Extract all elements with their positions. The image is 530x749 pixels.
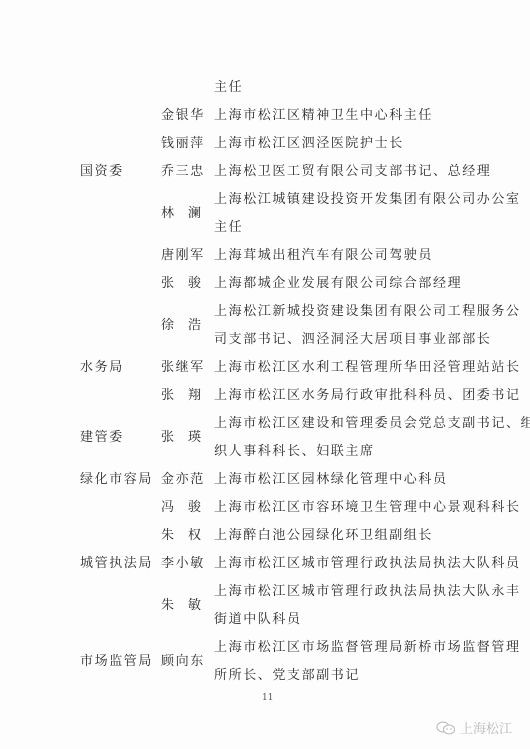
- position-description: 织人事科科长、妇联主席: [214, 444, 375, 459]
- personnel-entry: 徐浩上海松江新城投资建设集团有限公司工程服务公司支部书记、泗泾洞泾大居项目事业部…: [0, 304, 530, 360]
- position-description: 上海松卫医工贸有限公司支部书记、总经理: [214, 164, 491, 179]
- position-description: 上海松江城镇建设投资开发集团有限公司办公室: [214, 192, 521, 207]
- personnel-entry: 张翔上海市松江区水务局行政审批科科员、团委书记: [0, 388, 530, 416]
- position-description: 上海市松江区建设和管理委员会党总支副书记、组: [214, 416, 530, 431]
- person-name: 朱权: [161, 528, 205, 543]
- person-name: 林澜: [161, 206, 205, 221]
- position-description: 主任: [214, 80, 243, 95]
- position-description: 上海市松江区水利工程管理所华田泾管理站站长: [214, 360, 521, 375]
- person-name: 乔三忠: [161, 164, 205, 179]
- personnel-entry: 主任: [0, 80, 530, 108]
- department-label: 市场监管局: [80, 654, 153, 669]
- person-name: 徐浩: [161, 318, 205, 333]
- personnel-entry: 金银华上海市松江区精神卫生中心科主任: [0, 108, 530, 136]
- document-page: 主任金银华上海市松江区精神卫生中心科主任钱丽萍上海市松江区泗泾医院护士长国资委乔…: [0, 0, 530, 749]
- personnel-entry: 绿化市容局金亦范上海市松江区园林绿化管理中心科员: [0, 472, 530, 500]
- page-number: 11: [262, 693, 273, 703]
- personnel-entry: 钱丽萍上海市松江区泗泾医院护士长: [0, 136, 530, 164]
- position-description: 上海市松江区园林绿化管理中心科员: [214, 472, 448, 487]
- position-description: 上海市松江区市场监督管理局新桥市场监督管理: [214, 640, 521, 655]
- personnel-entry: 市场监管局顾向东上海市松江区市场监督管理局新桥市场监督管理所所长、党支部副书记: [0, 640, 530, 696]
- position-description: 上海醉白池公园绿化环卫组副组长: [214, 528, 433, 543]
- person-name: 李小敏: [161, 556, 205, 571]
- personnel-entry: 水务局张继军上海市松江区水利工程管理所华田泾管理站站长: [0, 360, 530, 388]
- personnel-entry: 城管执法局李小敏上海市松江区城市管理行政执法局执法大队科员: [0, 556, 530, 584]
- person-name: 张翔: [161, 388, 205, 403]
- position-description: 上海茸城出租汽车有限公司驾驶员: [214, 248, 433, 263]
- person-name: 冯骏: [161, 500, 205, 515]
- person-name: 唐刚军: [161, 248, 205, 263]
- person-name: 顾向东: [161, 654, 205, 669]
- personnel-entry: 建管委张瑛上海市松江区建设和管理委员会党总支副书记、组织人事科科长、妇联主席: [0, 416, 530, 472]
- position-description: 上海市松江区泗泾医院护士长: [214, 136, 404, 151]
- watermark: 上海松江: [436, 718, 512, 737]
- department-label: 建管委: [80, 430, 124, 445]
- personnel-entry: 朱权上海醉白池公园绿化环卫组副组长: [0, 528, 530, 556]
- person-name: 张骏: [161, 276, 205, 291]
- department-label: 水务局: [80, 360, 124, 375]
- personnel-entry: 唐刚军上海茸城出租汽车有限公司驾驶员: [0, 248, 530, 276]
- position-description: 所所长、党支部副书记: [214, 668, 360, 683]
- watermark-text: 上海松江: [460, 718, 512, 737]
- personnel-entry: 林澜上海松江城镇建设投资开发集团有限公司办公室主任: [0, 192, 530, 248]
- position-description: 上海市松江区城市管理行政执法局执法大队永丰: [214, 584, 521, 599]
- person-name: 金亦范: [161, 472, 205, 487]
- position-description: 上海市松江区城市管理行政执法局执法大队科员: [214, 556, 521, 571]
- person-name: 张瑛: [161, 430, 205, 445]
- position-description: 街道中队科员: [214, 612, 302, 627]
- department-label: 国资委: [80, 164, 124, 179]
- position-description: 主任: [214, 220, 243, 235]
- position-description: 上海都城企业发展有限公司综合部经理: [214, 276, 462, 291]
- person-name: 钱丽萍: [161, 136, 205, 151]
- department-label: 城管执法局: [80, 556, 153, 571]
- position-description: 上海市松江区精神卫生中心科主任: [214, 108, 433, 123]
- wechat-icon: [436, 721, 456, 735]
- department-label: 绿化市容局: [80, 472, 153, 487]
- personnel-entry: 朱敏上海市松江区城市管理行政执法局执法大队永丰街道中队科员: [0, 584, 530, 640]
- position-description: 上海松江新城投资建设集团有限公司工程服务公: [214, 304, 521, 319]
- position-description: 上海市松江区市容环境卫生管理中心景观科科长: [214, 500, 521, 515]
- personnel-entry: 张骏上海都城企业发展有限公司综合部经理: [0, 276, 530, 304]
- position-description: 司支部书记、泗泾洞泾大居项目事业部部长: [214, 332, 491, 347]
- personnel-entry: 冯骏上海市松江区市容环境卫生管理中心景观科科长: [0, 500, 530, 528]
- person-name: 张继军: [161, 360, 205, 375]
- position-description: 上海市松江区水务局行政审批科科员、团委书记: [214, 388, 521, 403]
- personnel-entry: 国资委乔三忠上海松卫医工贸有限公司支部书记、总经理: [0, 164, 530, 192]
- person-name: 朱敏: [161, 598, 205, 613]
- person-name: 金银华: [161, 108, 205, 123]
